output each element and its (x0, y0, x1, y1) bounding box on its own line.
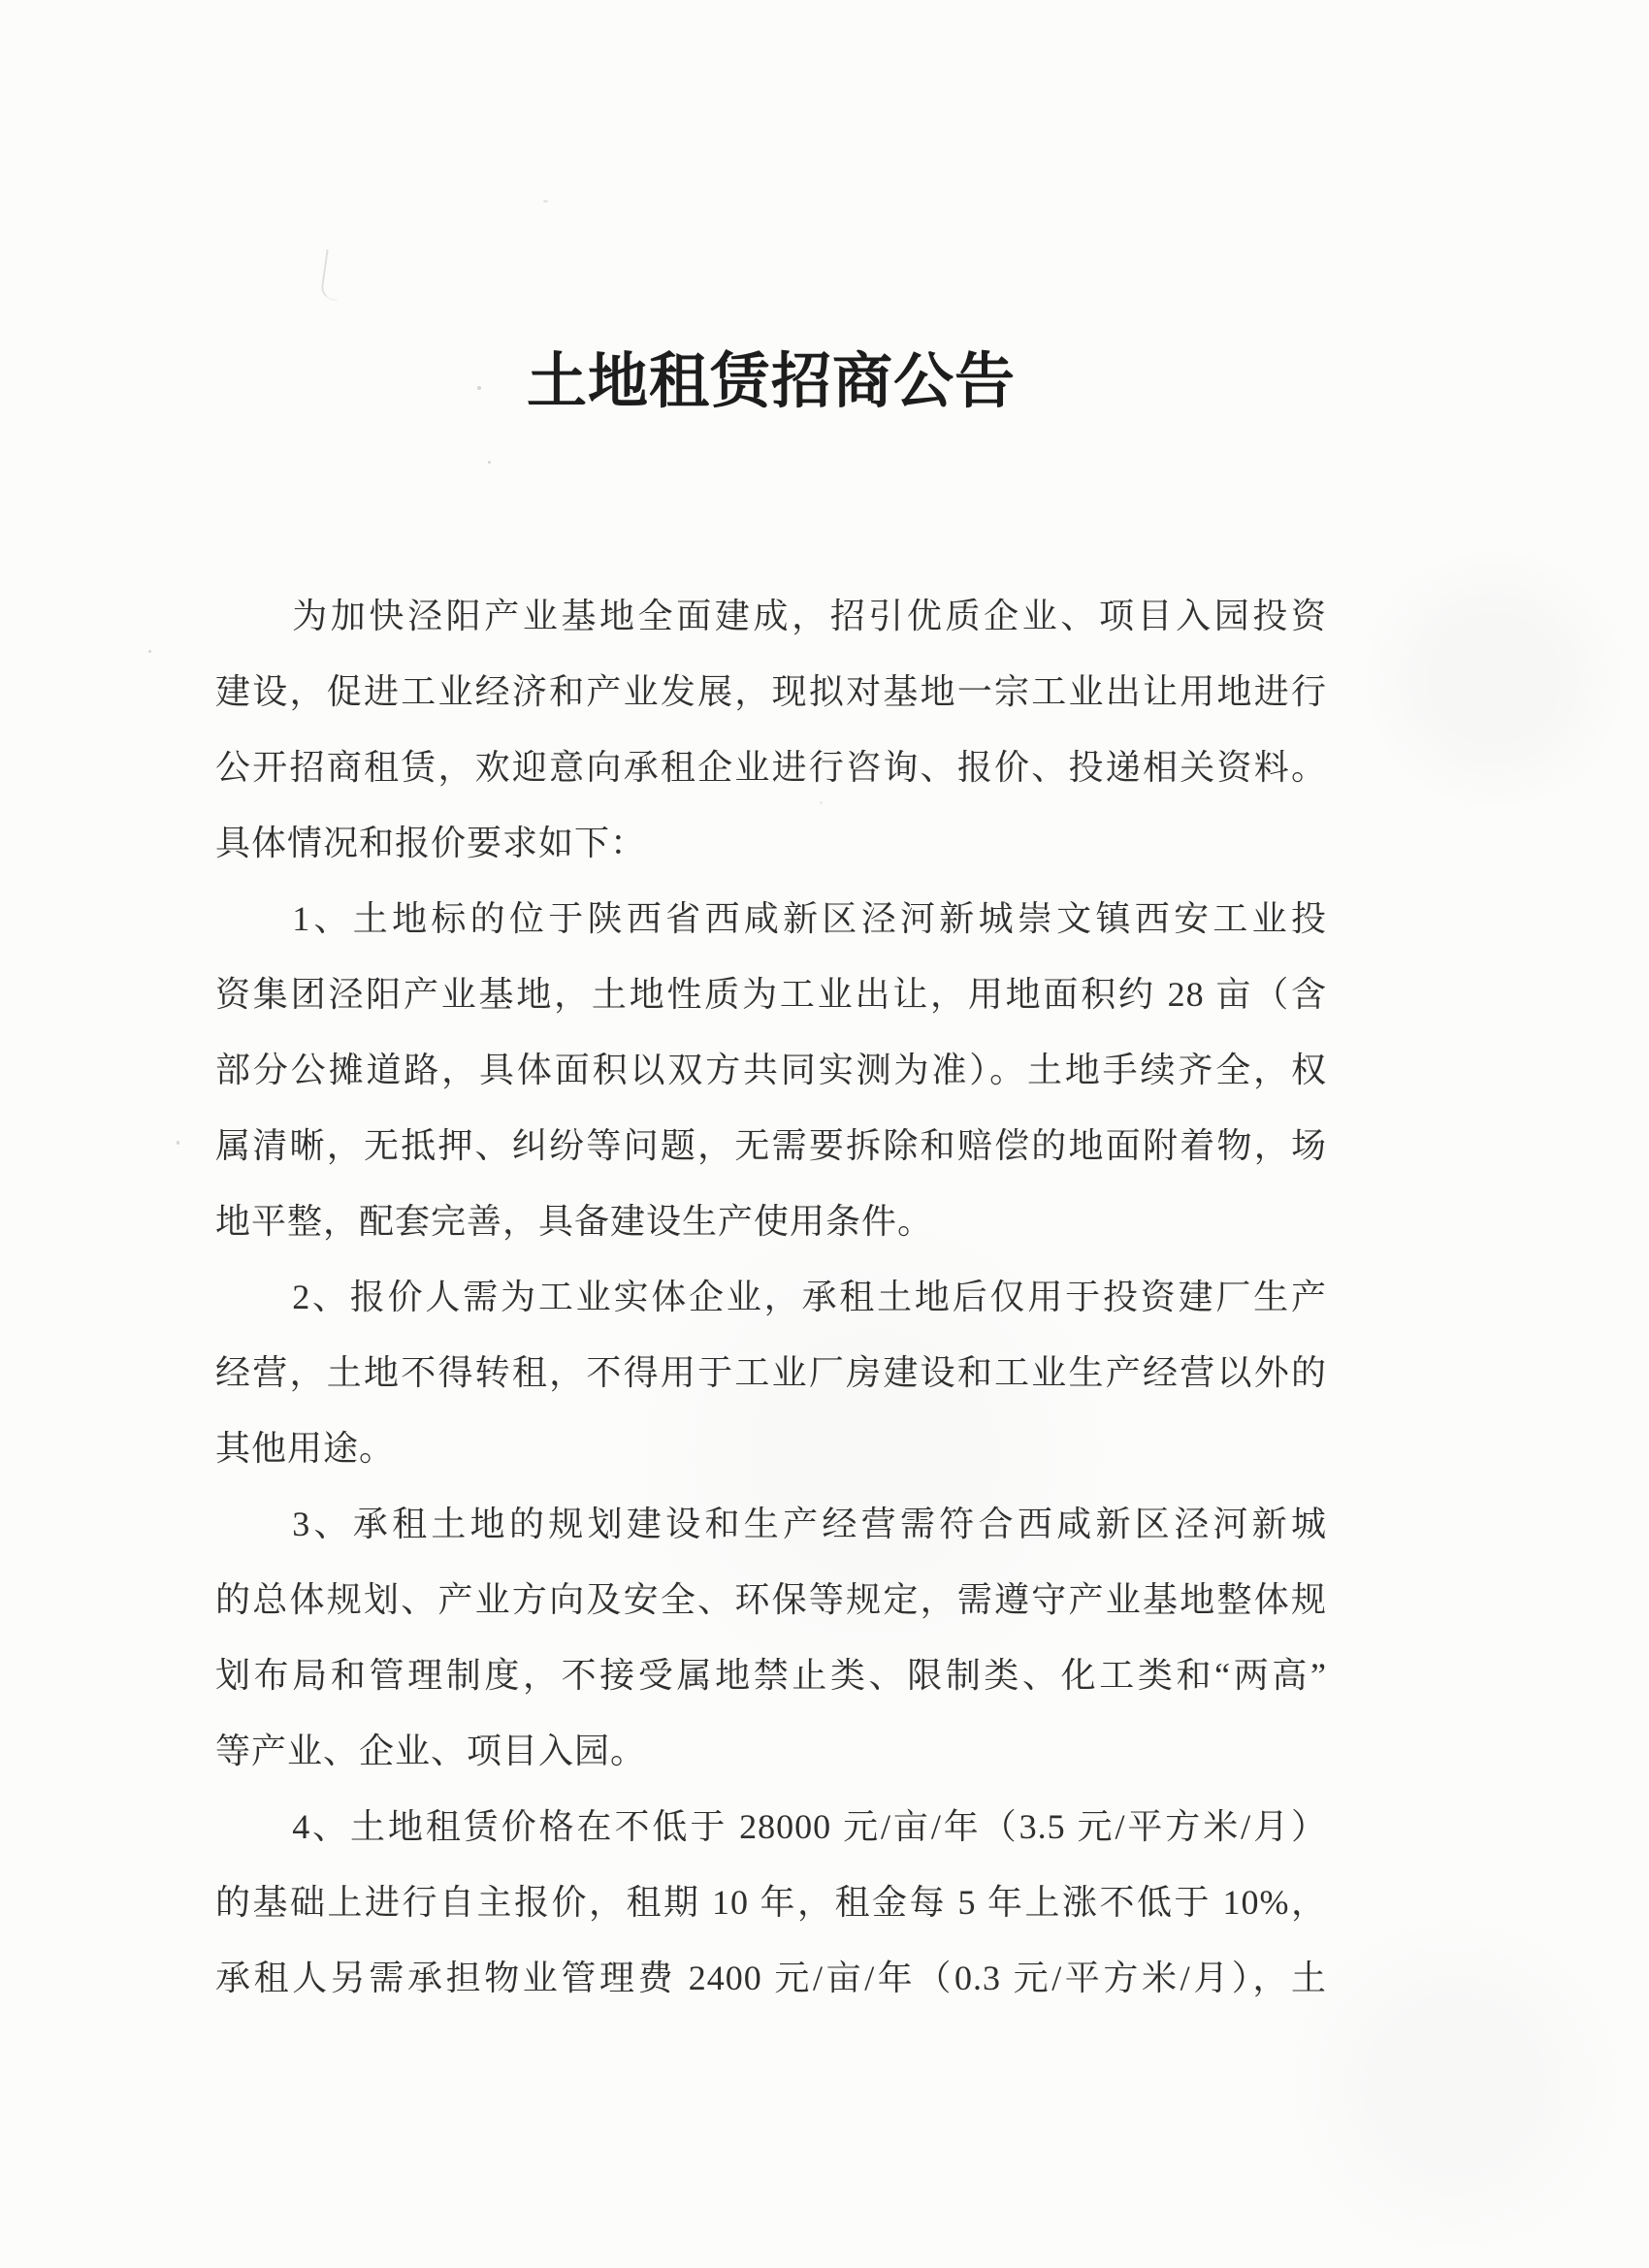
body-line: 等产业、企业、项目入园。 (215, 1713, 1327, 1789)
scan-artifact (177, 1141, 179, 1145)
document-page: 土地租赁招商公告 为加快泾阳产业基地全面建成，招引优质企业、项目入园投资建设，促… (0, 0, 1649, 2268)
body-line: 属清晰，无抵押、纠纷等问题，无需要拆除和赔偿的地面附着物，场 (215, 1108, 1327, 1183)
scan-artifact (320, 249, 344, 301)
body-line: 具体情况和报价要求如下： (215, 805, 1327, 881)
body-line: 为加快泾阳产业基地全面建成，招引优质企业、项目入园投资 (215, 578, 1327, 654)
body-line: 的基础上进行自主报价，租期 10 年，租金每 5 年上涨不低于 10%， (215, 1864, 1327, 1940)
body-line: 3、承租土地的规划建设和生产经营需符合西咸新区泾河新城 (215, 1486, 1327, 1562)
body-line: 1、土地标的位于陕西省西咸新区泾河新城崇文镇西安工业投 (215, 881, 1327, 956)
body-line: 其他用途。 (215, 1410, 1327, 1486)
page-title: 土地租赁招商公告 (215, 338, 1327, 427)
scan-artifact (488, 461, 491, 464)
body-line: 部分公摊道路，具体面积以双方共同实测为准）。土地手续齐全，权 (215, 1032, 1327, 1108)
body-line: 资集团泾阳产业基地，土地性质为工业出让，用地面积约 28 亩（含 (215, 956, 1327, 1032)
body-line: 的总体规划、产业方向及安全、环保等规定，需遵守产业基地整体规 (215, 1562, 1327, 1637)
body-line: 公开招商租赁，欢迎意向承租企业进行咨询、报价、投递相关资料。 (215, 729, 1327, 805)
body-line: 承租人另需承担物业管理费 2400 元/亩/年（0.3 元/平方米/月），土 (215, 1940, 1327, 2016)
body-line: 4、土地租赁价格在不低于 28000 元/亩/年（3.5 元/平方米/月） (215, 1789, 1327, 1864)
document-body: 为加快泾阳产业基地全面建成，招引优质企业、项目入园投资建设，促进工业经济和产业发… (215, 578, 1327, 2016)
scan-artifact (543, 200, 548, 203)
scan-artifact (148, 650, 151, 653)
body-line: 划布局和管理制度，不接受属地禁止类、限制类、化工类和“两高” (215, 1637, 1327, 1713)
body-line: 经营，土地不得转租，不得用于工业厂房建设和工业生产经营以外的 (215, 1335, 1327, 1410)
body-line: 2、报价人需为工业实体企业，承租土地后仅用于投资建厂生产 (215, 1259, 1327, 1335)
body-line: 建设，促进工业经济和产业发展，现拟对基地一宗工业出让用地进行 (215, 654, 1327, 729)
body-line: 地平整，配套完善，具备建设生产使用条件。 (215, 1183, 1327, 1259)
